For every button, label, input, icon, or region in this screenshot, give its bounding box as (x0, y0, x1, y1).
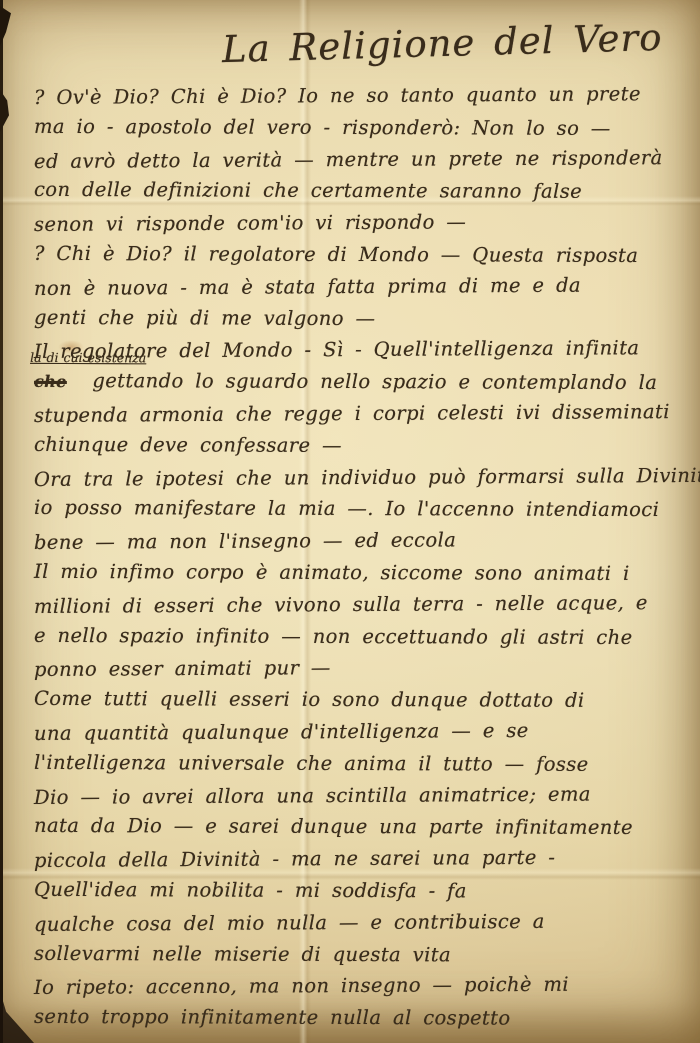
manuscript-line: l'intelligenza universale che anima il t… (34, 747, 678, 781)
manuscript-line: io posso manifestare la mia —. Io l'acce… (34, 492, 678, 526)
manuscript-line: nata da Dio — e sarei dunque una parte i… (34, 810, 678, 844)
manuscript-line-text: gettando lo sguardo nello spazio e conte… (92, 369, 657, 394)
manuscript-line: bene — ma non l'insegno — ed eccola (34, 523, 678, 559)
manuscript-line: Quell'idea mi nobilita - mi soddisfa - f… (34, 874, 678, 908)
manuscript-line-with-correction: la di cui esistenza che gettando lo sgua… (34, 365, 678, 399)
manuscript-line: millioni di esseri che vivono sulla terr… (34, 587, 678, 623)
manuscript-title: La Religione del Vero (221, 16, 662, 71)
manuscript-line: qualche cosa del mio nulla — e contribui… (34, 905, 678, 941)
manuscript-line: sento troppo infinitamente nulla al cosp… (34, 1001, 678, 1035)
manuscript-line: ? Chi è Dio? il regolatore di Mondo — Qu… (34, 238, 678, 272)
scan-edge-artifact (0, 90, 9, 132)
struck-word: che (34, 366, 67, 398)
manuscript-line: chiunque deve confessare — (34, 429, 678, 463)
manuscript-line: ponno esser animati pur — (34, 650, 678, 686)
manuscript-line: ed avrò detto la verità — mentre un pret… (34, 142, 678, 178)
manuscript-line: stupenda armonia che regge i corpi celes… (34, 396, 678, 432)
manuscript-line: con delle definizioni che certamente sar… (34, 174, 678, 208)
manuscript-line: genti che più di me valgono — (34, 301, 678, 335)
manuscript-line: ? Ov'è Dio? Chi è Dio? Io ne so tanto qu… (34, 78, 678, 114)
manuscript-line: non è nuova - ma è stata fatta prima di … (34, 269, 678, 305)
manuscript-page: La Religione del Vero ? Ov'è Dio? Chi è … (0, 0, 700, 1043)
manuscript-line: Io ripeto: accenno, ma non insegno — poi… (34, 968, 678, 1004)
manuscript-line: piccola della Divinità - ma ne sarei una… (34, 841, 678, 877)
manuscript-line: Come tutti quelli esseri io sono dunque … (34, 683, 678, 717)
interlinear-insertion: la di cui esistenza (30, 352, 146, 364)
manuscript-line: Il mio infimo corpo è animato, siccome s… (34, 556, 678, 590)
scan-edge-artifact (0, 6, 11, 46)
manuscript-body: ? Ov'è Dio? Chi è Dio? Io ne so tanto qu… (34, 80, 678, 1034)
scan-edge-artifact (0, 0, 3, 1043)
manuscript-line: Ora tra le ipotesi che un individuo può … (34, 460, 678, 496)
manuscript-line: una quantità qualunque d'intelligenza — … (34, 714, 678, 750)
scan-corner-shadow (0, 991, 34, 1043)
manuscript-line: ma io - apostolo del vero - risponderò: … (34, 111, 678, 145)
manuscript-line: e nello spazio infinito — non eccettuand… (34, 619, 678, 653)
manuscript-line: Dio — io avrei allora una scintilla anim… (34, 778, 678, 814)
manuscript-line: sollevarmi nelle miserie di questa vita (34, 937, 678, 971)
manuscript-line: senon vi risponde com'io vi rispondo — (34, 205, 678, 241)
